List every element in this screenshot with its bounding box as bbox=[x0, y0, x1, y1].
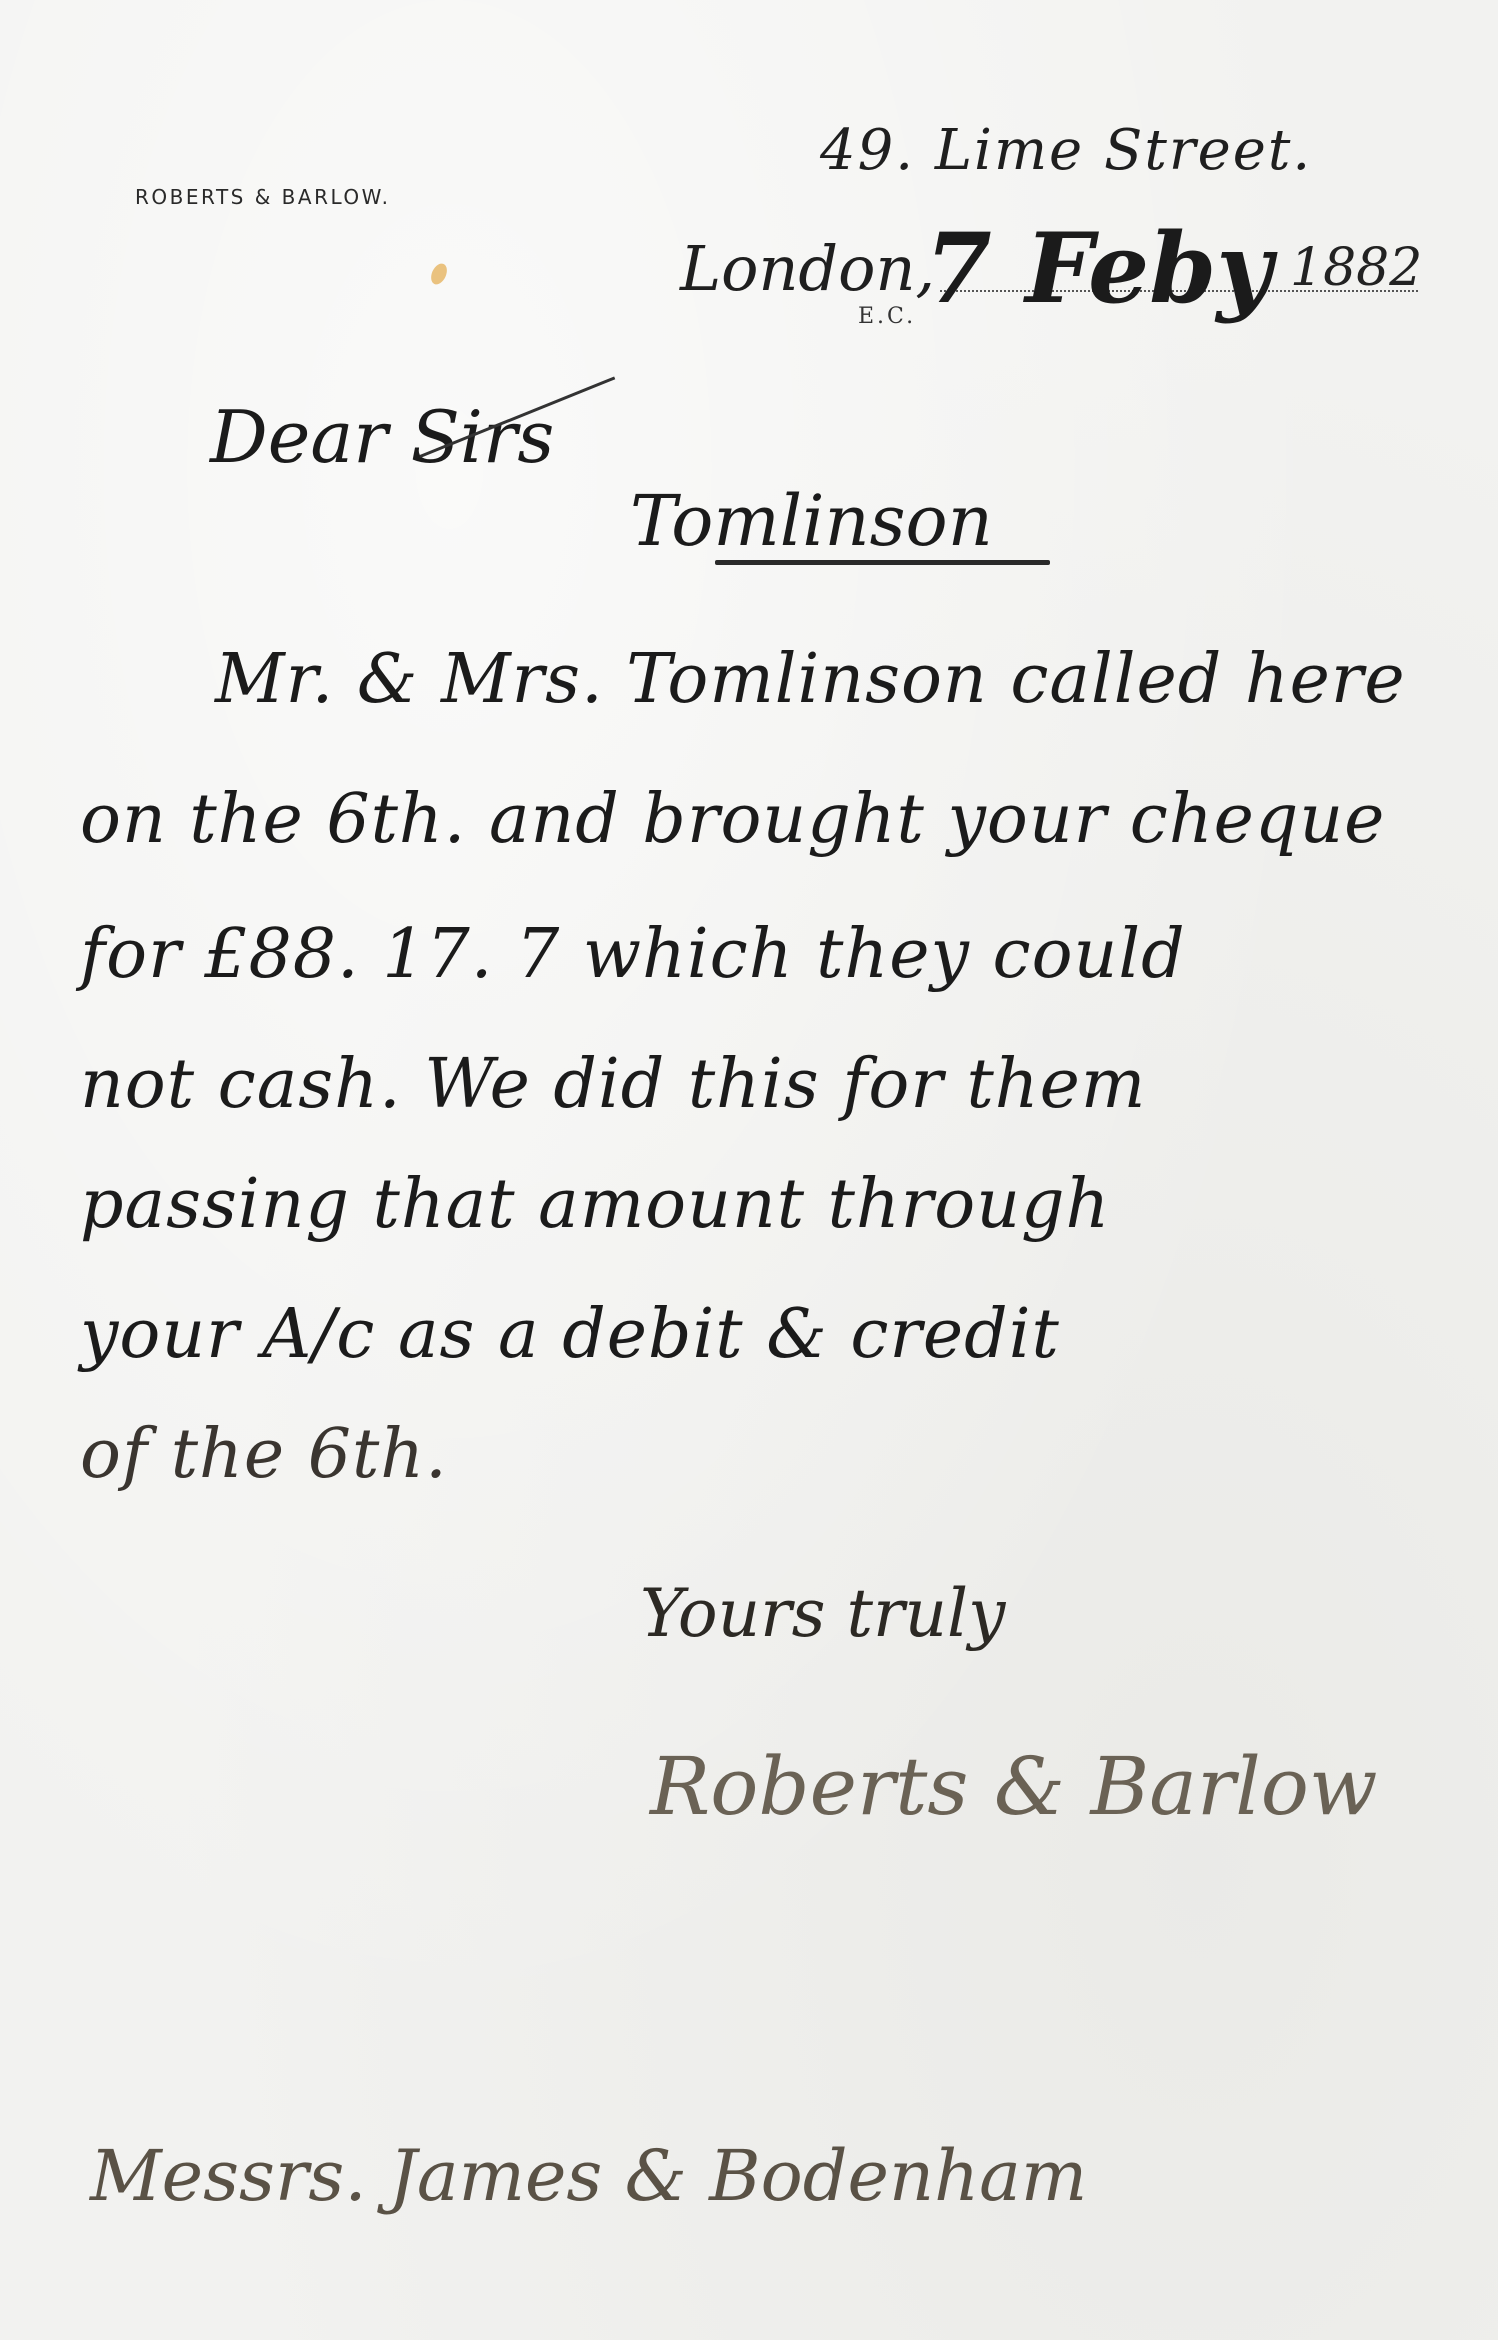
subject-heading: Tomlinson bbox=[630, 480, 993, 562]
body-line: your A/c as a debit & credit bbox=[80, 1295, 1060, 1374]
subject-underline bbox=[715, 560, 1050, 565]
letterhead-address: 49. Lime Street. bbox=[820, 118, 1312, 183]
body-line: passing that amount through bbox=[80, 1165, 1110, 1244]
letterhead-city: London, bbox=[680, 232, 935, 305]
body-line: Mr. & Mrs. Tomlinson called here bbox=[215, 640, 1406, 719]
letter-year: 1882 bbox=[1290, 238, 1422, 298]
body-line: on the 6th. and brought your cheque bbox=[80, 780, 1385, 859]
salutation: Dear Sirs bbox=[210, 395, 554, 479]
addressee: Messrs. James & Bodenham bbox=[90, 2135, 1087, 2217]
closing: Yours truly bbox=[640, 1575, 1005, 1652]
body-line: of the 6th. bbox=[80, 1415, 448, 1494]
body-line: not cash. We did this for them bbox=[80, 1045, 1146, 1124]
signature: Roberts & Barlow bbox=[650, 1740, 1377, 1833]
letterhead-firm-name: ROBERTS & BARLOW. bbox=[135, 185, 390, 209]
letterhead-postal-district: E.C. bbox=[858, 304, 916, 329]
body-line: for £88. 17. 7 which they could bbox=[80, 915, 1186, 994]
letter-date: 7 Feby bbox=[925, 212, 1272, 325]
